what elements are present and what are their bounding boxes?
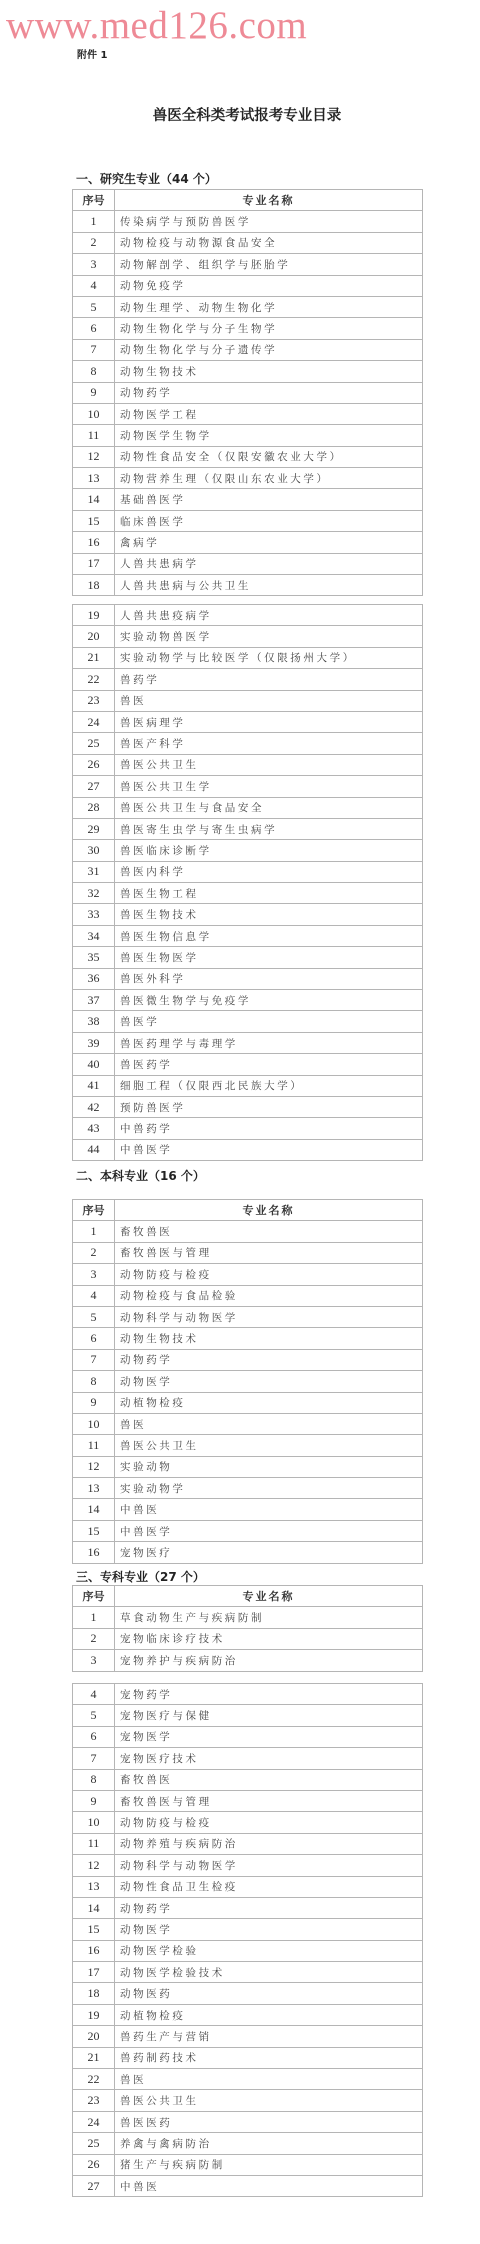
major-name: 传染病学与预防兽医学 (115, 211, 423, 232)
major-name: 动物科学与动物医学 (115, 1306, 423, 1327)
table-row: 4动物检疫与食品检验 (73, 1285, 423, 1306)
row-number: 40 (73, 1054, 115, 1075)
table-row: 8畜牧兽医 (73, 1769, 423, 1790)
row-number: 8 (73, 1769, 115, 1790)
major-name: 预防兽医学 (115, 1096, 423, 1117)
row-number: 36 (73, 968, 115, 989)
table-row: 14中兽医 (73, 1499, 423, 1520)
major-name: 中兽医学 (115, 1139, 423, 1160)
table-row: 25养禽与禽病防治 (73, 2133, 423, 2154)
major-name: 兽医外科学 (115, 968, 423, 989)
row-number: 4 (73, 1684, 115, 1705)
major-name: 实验动物学与比较医学（仅限扬州大学） (115, 647, 423, 668)
table-row: 27兽医公共卫生学 (73, 776, 423, 797)
major-name: 实验动物兽医学 (115, 626, 423, 647)
row-number: 11 (73, 425, 115, 446)
table-row: 20兽药生产与营销 (73, 2026, 423, 2047)
major-name: 动物医学检验 (115, 1940, 423, 1961)
graduate-majors-table-part2: 19人兽共患疫病学20实验动物兽医学21实验动物学与比较医学（仅限扬州大学）22… (72, 604, 423, 1161)
table-row: 6宠物医学 (73, 1726, 423, 1747)
table-row: 21实验动物学与比较医学（仅限扬州大学） (73, 647, 423, 668)
table-row: 23兽医公共卫生 (73, 2090, 423, 2111)
major-name: 宠物医学 (115, 1726, 423, 1747)
table-row: 43中兽药学 (73, 1118, 423, 1139)
major-name: 动植物检疫 (115, 2004, 423, 2025)
major-name: 宠物养护与疾病防治 (115, 1650, 423, 1671)
row-number: 21 (73, 2047, 115, 2068)
major-name: 中兽医 (115, 1499, 423, 1520)
table-row: 39兽医药理学与毒理学 (73, 1032, 423, 1053)
table-row: 18动物医药 (73, 1983, 423, 2004)
row-number: 37 (73, 990, 115, 1011)
table-row: 1畜牧兽医 (73, 1221, 423, 1242)
row-number: 16 (73, 532, 115, 553)
row-number: 23 (73, 690, 115, 711)
row-number: 16 (73, 1940, 115, 1961)
table-row: 20实验动物兽医学 (73, 626, 423, 647)
row-number: 8 (73, 361, 115, 382)
major-name: 草食动物生产与疾病防制 (115, 1607, 423, 1628)
major-name: 宠物临床诊疗技术 (115, 1628, 423, 1649)
row-number: 13 (73, 1478, 115, 1499)
major-name: 动物医学生物学 (115, 425, 423, 446)
major-name: 兽医学 (115, 1011, 423, 1032)
major-name: 兽医微生物学与免疫学 (115, 990, 423, 1011)
major-name: 宠物药学 (115, 1684, 423, 1705)
major-name: 兽药学 (115, 669, 423, 690)
row-number: 42 (73, 1096, 115, 1117)
junior-college-majors-table-part2: 4宠物药学5宠物医疗与保健6宠物医学7宠物医疗技术8畜牧兽医9畜牧兽医与管理10… (72, 1683, 423, 2197)
row-number: 5 (73, 1306, 115, 1327)
major-name: 动物药学 (115, 1897, 423, 1918)
column-header-name: 专业名称 (115, 1200, 423, 1221)
row-number: 15 (73, 1520, 115, 1541)
table-row: 5动物生理学、动物生物化学 (73, 296, 423, 317)
row-number: 17 (73, 1962, 115, 1983)
major-name: 实验动物 (115, 1456, 423, 1477)
table-row: 23兽医 (73, 690, 423, 711)
row-number: 11 (73, 1833, 115, 1854)
row-number: 44 (73, 1139, 115, 1160)
row-number: 13 (73, 468, 115, 489)
major-name: 兽医公共卫生 (115, 1435, 423, 1456)
row-number: 31 (73, 861, 115, 882)
table-row: 27中兽医 (73, 2175, 423, 2196)
table-row: 22兽医 (73, 2069, 423, 2090)
table-row: 22兽药学 (73, 669, 423, 690)
row-number: 10 (73, 403, 115, 424)
table-row: 12实验动物 (73, 1456, 423, 1477)
row-number: 15 (73, 510, 115, 531)
table-row: 2动物检疫与动物源食品安全 (73, 232, 423, 253)
table-row: 30兽医临床诊断学 (73, 840, 423, 861)
table-row: 17动物医学检验技术 (73, 1962, 423, 1983)
major-name: 动物生物技术 (115, 1328, 423, 1349)
row-number: 10 (73, 1413, 115, 1434)
major-name: 动物医学 (115, 1919, 423, 1940)
section-heading-junior-college: 三、专科专业（27 个） (76, 1568, 205, 1585)
major-name: 兽医 (115, 690, 423, 711)
row-number: 1 (73, 1607, 115, 1628)
table-row: 3动物防疫与检疫 (73, 1264, 423, 1285)
table-row: 10动物医学工程 (73, 403, 423, 424)
table-row: 29兽医寄生虫学与寄生虫病学 (73, 818, 423, 839)
major-name: 动物防疫与检疫 (115, 1812, 423, 1833)
row-number: 32 (73, 883, 115, 904)
table-row: 19动植物检疫 (73, 2004, 423, 2025)
table-row: 11动物医学生物学 (73, 425, 423, 446)
row-number: 12 (73, 1855, 115, 1876)
row-number: 18 (73, 1983, 115, 2004)
table-row: 9动物药学 (73, 382, 423, 403)
major-name: 畜牧兽医 (115, 1221, 423, 1242)
table-row: 7动物药学 (73, 1349, 423, 1370)
document-title: 兽医全科类考试报考专业目录 (0, 104, 480, 125)
table-row: 28兽医公共卫生与食品安全 (73, 797, 423, 818)
table-row: 7宠物医疗技术 (73, 1748, 423, 1769)
table-row: 40兽医药学 (73, 1054, 423, 1075)
column-header-name: 专业名称 (115, 190, 423, 211)
table-row: 5动物科学与动物医学 (73, 1306, 423, 1327)
major-name: 兽医公共卫生与食品安全 (115, 797, 423, 818)
row-number: 34 (73, 925, 115, 946)
row-number: 19 (73, 605, 115, 626)
major-name: 养禽与禽病防治 (115, 2133, 423, 2154)
table-row: 18人兽共患病与公共卫生 (73, 575, 423, 596)
table-row: 2宠物临床诊疗技术 (73, 1628, 423, 1649)
table-row: 6动物生物化学与分子生物学 (73, 318, 423, 339)
major-name: 人兽共患病与公共卫生 (115, 575, 423, 596)
table-header-row: 序号专业名称 (73, 190, 423, 211)
row-number: 9 (73, 382, 115, 403)
table-row: 36兽医外科学 (73, 968, 423, 989)
table-row: 24兽医医药 (73, 2111, 423, 2132)
table-row: 41细胞工程（仅限西北民族大学） (73, 1075, 423, 1096)
row-number: 6 (73, 1726, 115, 1747)
row-number: 26 (73, 754, 115, 775)
major-name: 动物医药 (115, 1983, 423, 2004)
table-row: 16动物医学检验 (73, 1940, 423, 1961)
row-number: 2 (73, 1628, 115, 1649)
table-row: 42预防兽医学 (73, 1096, 423, 1117)
row-number: 3 (73, 1264, 115, 1285)
table-row: 17人兽共患病学 (73, 553, 423, 574)
major-name: 兽医公共卫生学 (115, 776, 423, 797)
table-row: 10动物防疫与检疫 (73, 1812, 423, 1833)
row-number: 3 (73, 254, 115, 275)
row-number: 1 (73, 211, 115, 232)
table-row: 11动物养殖与疾病防治 (73, 1833, 423, 1854)
row-number: 6 (73, 1328, 115, 1349)
table-row: 15动物医学 (73, 1919, 423, 1940)
table-row: 8动物生物技术 (73, 361, 423, 382)
table-row: 31兽医内科学 (73, 861, 423, 882)
table-row: 21兽药制药技术 (73, 2047, 423, 2068)
major-name: 动物检疫与食品检验 (115, 1285, 423, 1306)
table-row: 35兽医生物医学 (73, 947, 423, 968)
major-name: 动物生物技术 (115, 361, 423, 382)
major-name: 人兽共患疫病学 (115, 605, 423, 626)
table-row: 9动植物检疫 (73, 1392, 423, 1413)
row-number: 3 (73, 1650, 115, 1671)
row-number: 25 (73, 733, 115, 754)
row-number: 27 (73, 776, 115, 797)
row-number: 15 (73, 1919, 115, 1940)
undergraduate-majors-table: 序号专业名称1畜牧兽医2畜牧兽医与管理3动物防疫与检疫4动物检疫与食品检验5动物… (72, 1199, 423, 1564)
row-number: 28 (73, 797, 115, 818)
row-number: 5 (73, 296, 115, 317)
table-row: 15中兽医学 (73, 1520, 423, 1541)
major-name: 动物性食品卫生检疫 (115, 1876, 423, 1897)
row-number: 7 (73, 339, 115, 360)
table-row: 10兽医 (73, 1413, 423, 1434)
major-name: 兽医 (115, 2069, 423, 2090)
table-header-row: 序号专业名称 (73, 1586, 423, 1607)
table-row: 3宠物养护与疾病防治 (73, 1650, 423, 1671)
table-row: 13动物营养生理（仅限山东农业大学） (73, 468, 423, 489)
table-row: 16禽病学 (73, 532, 423, 553)
table-row: 5宠物医疗与保健 (73, 1705, 423, 1726)
major-name: 兽医公共卫生 (115, 754, 423, 775)
table-row: 14基础兽医学 (73, 489, 423, 510)
row-number: 23 (73, 2090, 115, 2111)
row-number: 26 (73, 2154, 115, 2175)
major-name: 兽医医药 (115, 2111, 423, 2132)
table-row: 26猪生产与疾病防制 (73, 2154, 423, 2175)
table-row: 9畜牧兽医与管理 (73, 1790, 423, 1811)
major-name: 畜牧兽医 (115, 1769, 423, 1790)
major-name: 宠物医疗与保健 (115, 1705, 423, 1726)
table-row: 13实验动物学 (73, 1478, 423, 1499)
row-number: 41 (73, 1075, 115, 1096)
table-row: 11兽医公共卫生 (73, 1435, 423, 1456)
major-name: 中兽医学 (115, 1520, 423, 1541)
row-number: 14 (73, 1499, 115, 1520)
row-number: 4 (73, 1285, 115, 1306)
major-name: 动物医学检验技术 (115, 1962, 423, 1983)
major-name: 宠物医疗技术 (115, 1748, 423, 1769)
row-number: 9 (73, 1392, 115, 1413)
table-row: 26兽医公共卫生 (73, 754, 423, 775)
row-number: 35 (73, 947, 115, 968)
table-row: 12动物性食品安全（仅限安徽农业大学） (73, 446, 423, 467)
row-number: 1 (73, 1221, 115, 1242)
table-row: 7动物生物化学与分子遗传学 (73, 339, 423, 360)
major-name: 兽医寄生虫学与寄生虫病学 (115, 818, 423, 839)
major-name: 临床兽医学 (115, 510, 423, 531)
major-name: 中兽医 (115, 2175, 423, 2196)
major-name: 兽医生物技术 (115, 904, 423, 925)
table-row: 14动物药学 (73, 1897, 423, 1918)
row-number: 19 (73, 2004, 115, 2025)
row-number: 13 (73, 1876, 115, 1897)
major-name: 动物防疫与检疫 (115, 1264, 423, 1285)
table-row: 19人兽共患疫病学 (73, 605, 423, 626)
row-number: 24 (73, 2111, 115, 2132)
table-row: 3动物解剖学、组织学与胚胎学 (73, 254, 423, 275)
table-row: 38兽医学 (73, 1011, 423, 1032)
row-number: 4 (73, 275, 115, 296)
major-name: 动物养殖与疾病防治 (115, 1833, 423, 1854)
row-number: 27 (73, 2175, 115, 2196)
table-row: 6动物生物技术 (73, 1328, 423, 1349)
row-number: 16 (73, 1542, 115, 1563)
table-row: 1传染病学与预防兽医学 (73, 211, 423, 232)
table-row: 32兽医生物工程 (73, 883, 423, 904)
table-row: 24兽医病理学 (73, 711, 423, 732)
row-number: 5 (73, 1705, 115, 1726)
major-name: 动物性食品安全（仅限安徽农业大学） (115, 446, 423, 467)
row-number: 2 (73, 232, 115, 253)
row-number: 12 (73, 446, 115, 467)
row-number: 11 (73, 1435, 115, 1456)
row-number: 20 (73, 2026, 115, 2047)
major-name: 动物药学 (115, 382, 423, 403)
table-row: 15临床兽医学 (73, 510, 423, 531)
major-name: 中兽药学 (115, 1118, 423, 1139)
table-row: 37兽医微生物学与免疫学 (73, 990, 423, 1011)
row-number: 14 (73, 489, 115, 510)
section-heading-graduate: 一、研究生专业（44 个） (76, 170, 217, 187)
major-name: 人兽共患病学 (115, 553, 423, 574)
table-row: 12动物科学与动物医学 (73, 1855, 423, 1876)
major-name: 兽医生物信息学 (115, 925, 423, 946)
major-name: 畜牧兽医与管理 (115, 1790, 423, 1811)
major-name: 猪生产与疾病防制 (115, 2154, 423, 2175)
major-name: 宠物医疗 (115, 1542, 423, 1563)
major-name: 动物医学工程 (115, 403, 423, 424)
table-row: 4动物免疫学 (73, 275, 423, 296)
table-row: 34兽医生物信息学 (73, 925, 423, 946)
row-number: 14 (73, 1897, 115, 1918)
row-number: 10 (73, 1812, 115, 1833)
major-name: 兽医 (115, 1413, 423, 1434)
major-name: 兽医产科学 (115, 733, 423, 754)
graduate-majors-table-part1: 序号专业名称1传染病学与预防兽医学2动物检疫与动物源食品安全3动物解剖学、组织学… (72, 189, 423, 596)
column-header-no: 序号 (73, 190, 115, 211)
row-number: 29 (73, 818, 115, 839)
major-name: 动物解剖学、组织学与胚胎学 (115, 254, 423, 275)
table-row: 16宠物医疗 (73, 1542, 423, 1563)
row-number: 21 (73, 647, 115, 668)
column-header-name: 专业名称 (115, 1586, 423, 1607)
major-name: 动物检疫与动物源食品安全 (115, 232, 423, 253)
major-name: 动物科学与动物医学 (115, 1855, 423, 1876)
major-name: 禽病学 (115, 532, 423, 553)
major-name: 畜牧兽医与管理 (115, 1242, 423, 1263)
section-heading-undergraduate: 二、本科专业（16 个） (76, 1167, 205, 1184)
major-name: 兽医公共卫生 (115, 2090, 423, 2111)
row-number: 7 (73, 1349, 115, 1370)
row-number: 43 (73, 1118, 115, 1139)
row-number: 22 (73, 669, 115, 690)
major-name: 兽医临床诊断学 (115, 840, 423, 861)
major-name: 兽医生物医学 (115, 947, 423, 968)
row-number: 33 (73, 904, 115, 925)
table-row: 8动物医学 (73, 1371, 423, 1392)
watermark: www.med126.com (6, 6, 307, 46)
row-number: 25 (73, 2133, 115, 2154)
row-number: 6 (73, 318, 115, 339)
major-name: 动物生物化学与分子遗传学 (115, 339, 423, 360)
row-number: 9 (73, 1790, 115, 1811)
row-number: 30 (73, 840, 115, 861)
row-number: 24 (73, 711, 115, 732)
major-name: 兽医药学 (115, 1054, 423, 1075)
major-name: 兽药制药技术 (115, 2047, 423, 2068)
attachment-label: 附件 1 (77, 46, 107, 61)
column-header-no: 序号 (73, 1200, 115, 1221)
major-name: 基础兽医学 (115, 489, 423, 510)
major-name: 动植物检疫 (115, 1392, 423, 1413)
table-row: 13动物性食品卫生检疫 (73, 1876, 423, 1897)
major-name: 动物生物化学与分子生物学 (115, 318, 423, 339)
major-name: 动物生理学、动物生物化学 (115, 296, 423, 317)
major-name: 动物营养生理（仅限山东农业大学） (115, 468, 423, 489)
row-number: 20 (73, 626, 115, 647)
major-name: 动物免疫学 (115, 275, 423, 296)
table-row: 25兽医产科学 (73, 733, 423, 754)
junior-college-majors-table-part1: 序号专业名称1草食动物生产与疾病防制2宠物临床诊疗技术3宠物养护与疾病防治 (72, 1585, 423, 1672)
row-number: 12 (73, 1456, 115, 1477)
row-number: 2 (73, 1242, 115, 1263)
column-header-no: 序号 (73, 1586, 115, 1607)
table-row: 33兽医生物技术 (73, 904, 423, 925)
row-number: 17 (73, 553, 115, 574)
table-row: 44中兽医学 (73, 1139, 423, 1160)
major-name: 兽医内科学 (115, 861, 423, 882)
major-name: 动物药学 (115, 1349, 423, 1370)
table-header-row: 序号专业名称 (73, 1200, 423, 1221)
row-number: 39 (73, 1032, 115, 1053)
table-row: 4宠物药学 (73, 1684, 423, 1705)
table-row: 1草食动物生产与疾病防制 (73, 1607, 423, 1628)
table-row: 2畜牧兽医与管理 (73, 1242, 423, 1263)
row-number: 38 (73, 1011, 115, 1032)
major-name: 兽医病理学 (115, 711, 423, 732)
major-name: 兽药生产与营销 (115, 2026, 423, 2047)
row-number: 22 (73, 2069, 115, 2090)
major-name: 兽医药理学与毒理学 (115, 1032, 423, 1053)
row-number: 18 (73, 575, 115, 596)
row-number: 7 (73, 1748, 115, 1769)
major-name: 兽医生物工程 (115, 883, 423, 904)
major-name: 细胞工程（仅限西北民族大学） (115, 1075, 423, 1096)
row-number: 8 (73, 1371, 115, 1392)
major-name: 动物医学 (115, 1371, 423, 1392)
major-name: 实验动物学 (115, 1478, 423, 1499)
